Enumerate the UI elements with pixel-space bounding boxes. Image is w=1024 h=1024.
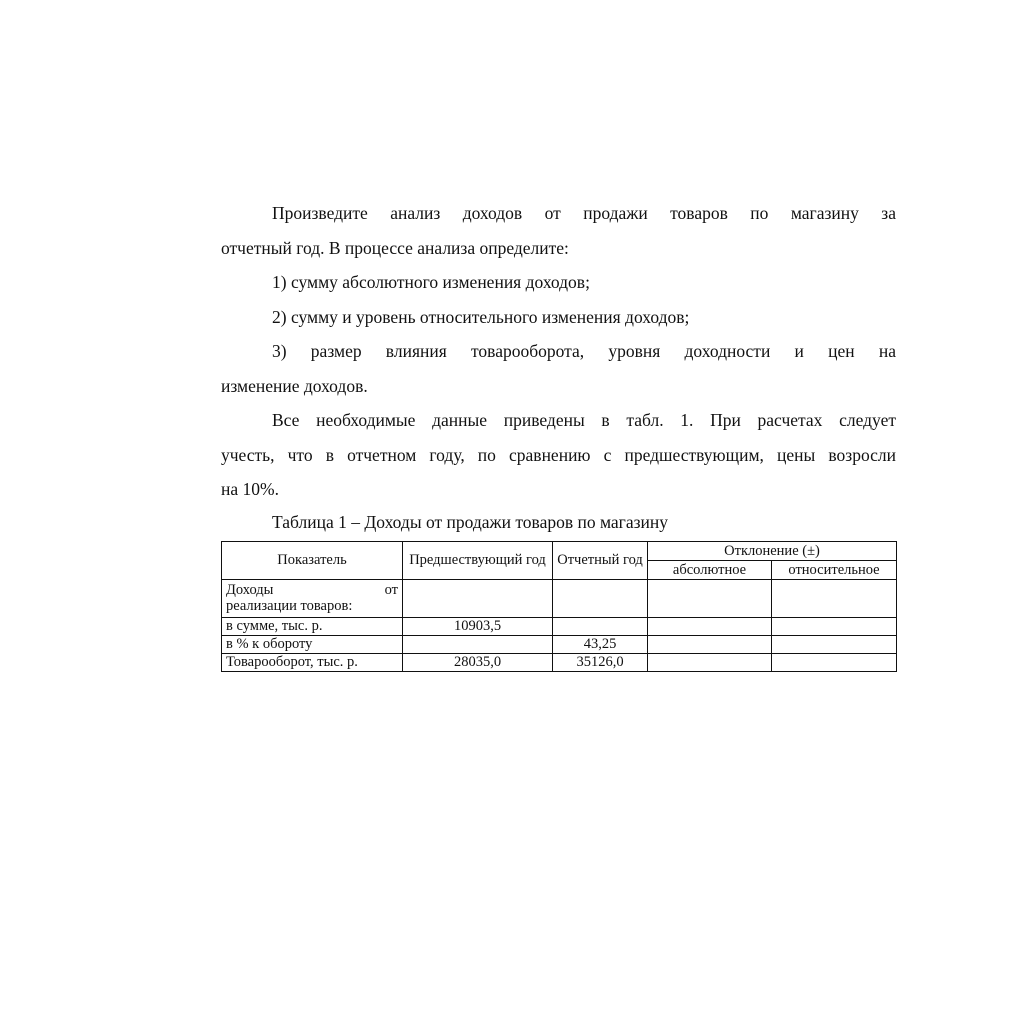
header-relative: относительное xyxy=(772,560,897,579)
task-paragraph-line1: Произведите анализ доходов от продажи то… xyxy=(221,196,896,231)
cell-absolute xyxy=(648,579,772,617)
cell-absolute xyxy=(648,635,772,653)
task-item-1: 1) сумму абсолютного изменения доходов; xyxy=(221,265,896,300)
table-row: в % к обороту 43,25 xyxy=(222,635,897,653)
row-label-part: от xyxy=(385,582,398,598)
cell-report xyxy=(553,579,648,617)
task-item-2: 2) сумму и уровень относительного измене… xyxy=(221,300,896,335)
cell-previous: 10903,5 xyxy=(403,617,553,635)
task-paragraph-line2: отчетный год. В процессе анализа определ… xyxy=(221,231,896,266)
header-absolute: абсолютное xyxy=(648,560,772,579)
table-caption: Таблица 1 – Доходы от продажи товаров по… xyxy=(221,507,896,537)
cell-relative xyxy=(772,635,897,653)
note-paragraph-line1: Все необходимые данные приведены в табл.… xyxy=(221,403,896,438)
cell-absolute xyxy=(648,653,772,671)
cell-report: 35126,0 xyxy=(553,653,648,671)
cell-report: 43,25 xyxy=(553,635,648,653)
note-paragraph-line3: на 10%. xyxy=(221,472,896,507)
row-label-line2: реализации товаров: xyxy=(226,598,398,614)
cell-absolute xyxy=(648,617,772,635)
cell-previous: 28035,0 xyxy=(403,653,553,671)
cell-report xyxy=(553,617,648,635)
row-label: Товарооборот, тыс. р. xyxy=(222,653,403,671)
row-label: в сумме, тыс. р. xyxy=(222,617,403,635)
task-item-3-line2: изменение доходов. xyxy=(221,369,896,404)
header-indicator: Показатель xyxy=(222,541,403,579)
row-label: в % к обороту xyxy=(222,635,403,653)
income-table: Показатель Предшествующий год Отчетный г… xyxy=(221,541,897,672)
header-report-year: Отчетный год xyxy=(553,541,648,579)
table-row: в сумме, тыс. р. 10903,5 xyxy=(222,617,897,635)
cell-relative xyxy=(772,617,897,635)
header-deviation: Отклонение (±) xyxy=(648,541,897,560)
row-label-part: Доходы xyxy=(226,582,273,598)
row-label: Доходыот реализации товаров: xyxy=(222,579,403,617)
table-row: Товарооборот, тыс. р. 28035,0 35126,0 xyxy=(222,653,897,671)
cell-relative xyxy=(772,653,897,671)
header-previous-year: Предшествующий год xyxy=(403,541,553,579)
document-page: Произведите анализ доходов от продажи то… xyxy=(221,196,896,672)
task-item-3-line1: 3) размер влияния товарооборота, уровня … xyxy=(221,334,896,369)
note-paragraph-line2: учесть, что в отчетном году, по сравнени… xyxy=(221,438,896,473)
cell-relative xyxy=(772,579,897,617)
cell-previous xyxy=(403,579,553,617)
table-row: Доходыот реализации товаров: xyxy=(222,579,897,617)
cell-previous xyxy=(403,635,553,653)
